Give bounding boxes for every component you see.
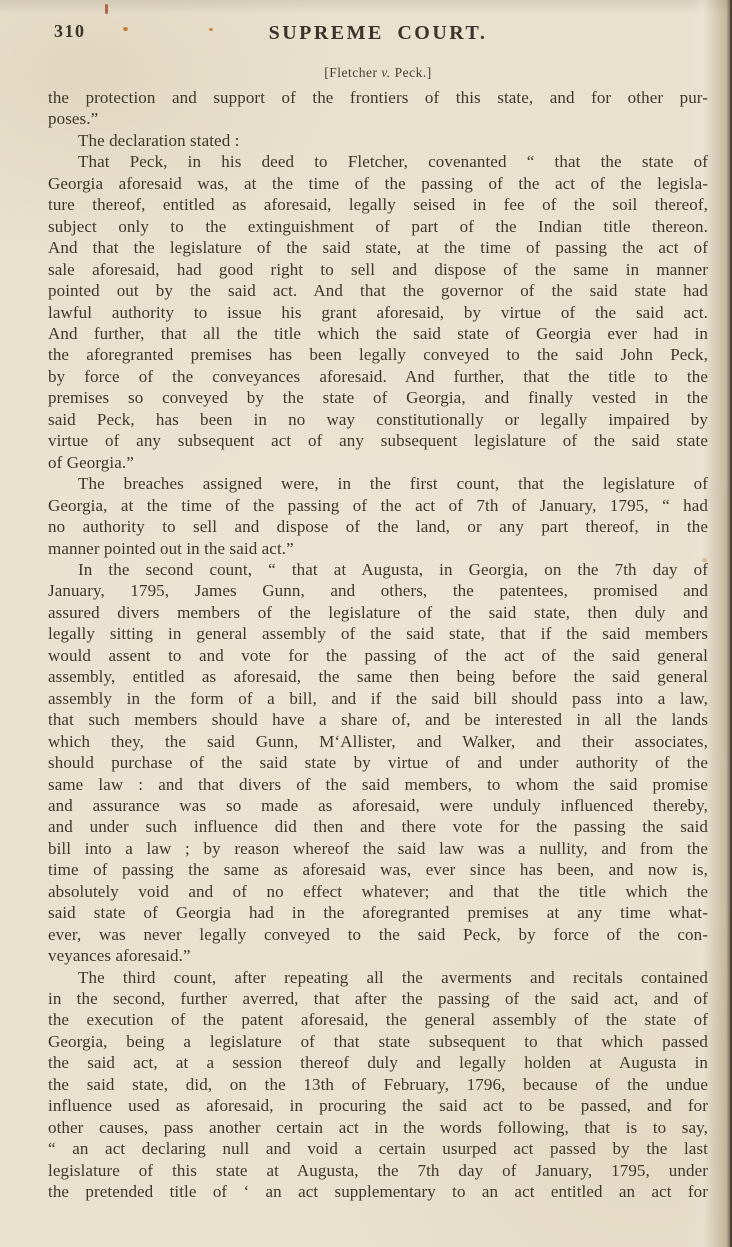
text-line: the execution of the patent aforesaid, t… — [48, 1009, 708, 1030]
text-line: The breaches assigned were, in the first… — [48, 473, 708, 494]
page-title: SUPREME COURT. — [48, 22, 708, 45]
running-head-left: [Fletcher — [324, 65, 377, 80]
text-line: time of passing the same as aforesaid wa… — [48, 859, 708, 880]
text-line: ever, was never legally conveyed to the … — [48, 924, 708, 945]
text-line: influence used as aforesaid, in procurin… — [48, 1095, 708, 1116]
text-line: That Peck, in his deed to Fletcher, cove… — [48, 151, 708, 172]
running-head-versus: v. — [381, 65, 390, 80]
paragraph: The third count, after repeating all the… — [48, 967, 708, 1203]
text-line: premises so conveyed by the state of Geo… — [48, 387, 708, 408]
text-line: bill into a law ; by reason whereof the … — [48, 838, 708, 859]
text-line: veyances aforesaid.” — [48, 945, 708, 966]
text-line: Georgia, being a legislature of that sta… — [48, 1031, 708, 1052]
text-line: assured divers members of the legislatur… — [48, 602, 708, 623]
text-line: in the second, further averred, that aft… — [48, 988, 708, 1009]
text-line: legally sitting in general assembly of t… — [48, 623, 708, 644]
text-line: lawful authority to issue his grant afor… — [48, 302, 708, 323]
text-line: ture thereof, entitled as aforesaid, leg… — [48, 194, 708, 215]
text-line: the said act, at a session thereof duly … — [48, 1052, 708, 1073]
text-line: legislature of this state at Augusta, th… — [48, 1160, 708, 1181]
text-line: and under such influence did then and th… — [48, 816, 708, 837]
text-line: should purchase of the said state by vir… — [48, 752, 708, 773]
book-page: 310 SUPREME COURT. [Fletcher v. Peck.] t… — [0, 0, 732, 1247]
text-line: The third count, after repeating all the… — [48, 967, 708, 988]
text-line: And that the legislature of the said sta… — [48, 237, 708, 258]
text-line: assembly in the form of a bill, and if t… — [48, 688, 708, 709]
paragraph: the protection and support of the fronti… — [48, 87, 708, 130]
text-line: subject only to the extinguishment of pa… — [48, 216, 708, 237]
text-line: sale aforesaid, had good right to sell a… — [48, 259, 708, 280]
text-line: Georgia, at the time of the passing of t… — [48, 495, 708, 516]
text-line: absolutely void and of no effect whateve… — [48, 881, 708, 902]
text-line: virtue of any subsequent act of any subs… — [48, 430, 708, 451]
text-line: manner pointed out in the said act.” — [48, 538, 708, 559]
text-line: same law : and that divers of the said m… — [48, 774, 708, 795]
text-line: would assent to and vote for the passing… — [48, 645, 708, 666]
text-line: the protection and support of the fronti… — [48, 87, 708, 108]
running-head: [Fletcher v. Peck.] — [48, 65, 708, 81]
text-line: assembly, entitled as aforesaid, the sam… — [48, 666, 708, 687]
paragraph: In the second count, “ that at Augusta, … — [48, 559, 708, 967]
text-line: and assurance was so made as aforesaid, … — [48, 795, 708, 816]
foxing-speck — [105, 4, 108, 14]
paragraph: The declaration stated : — [48, 130, 708, 151]
running-head-right: Peck.] — [395, 65, 432, 80]
text-line: In the second count, “ that at Augusta, … — [48, 559, 708, 580]
text-line: said Peck, has been in no way constituti… — [48, 409, 708, 430]
text-line: other causes, pass another certain act i… — [48, 1117, 708, 1138]
paragraph: The breaches assigned were, in the first… — [48, 473, 708, 559]
paragraph: That Peck, in his deed to Fletcher, cove… — [48, 151, 708, 473]
text-line: by force of the conveyances aforesaid. A… — [48, 366, 708, 387]
text-line: “ an act declaring null and void a certa… — [48, 1138, 708, 1159]
text-line: poses.” — [48, 108, 708, 129]
page-body: the protection and support of the fronti… — [48, 87, 708, 1203]
text-line: which they, the said Gunn, M‘Allister, a… — [48, 731, 708, 752]
text-line: The declaration stated : — [48, 130, 708, 151]
text-line: the pretended title of ‘ an act suppleme… — [48, 1181, 708, 1202]
text-line: the aforegranted premises has been legal… — [48, 344, 708, 365]
text-line: pointed out by the said act. And that th… — [48, 280, 708, 301]
text-line: of Georgia.” — [48, 452, 708, 473]
text-line: January, 1795, James Gunn, and others, t… — [48, 580, 708, 601]
text-line: And further, that all the title which th… — [48, 323, 708, 344]
text-line: that such members should have a share of… — [48, 709, 708, 730]
text-line: Georgia aforesaid was, at the time of th… — [48, 173, 708, 194]
text-line: no authority to sell and dispose of the … — [48, 516, 708, 537]
text-line: the said state, did, on the 13th of Febr… — [48, 1074, 708, 1095]
text-line: said state of Georgia had in the aforegr… — [48, 902, 708, 923]
